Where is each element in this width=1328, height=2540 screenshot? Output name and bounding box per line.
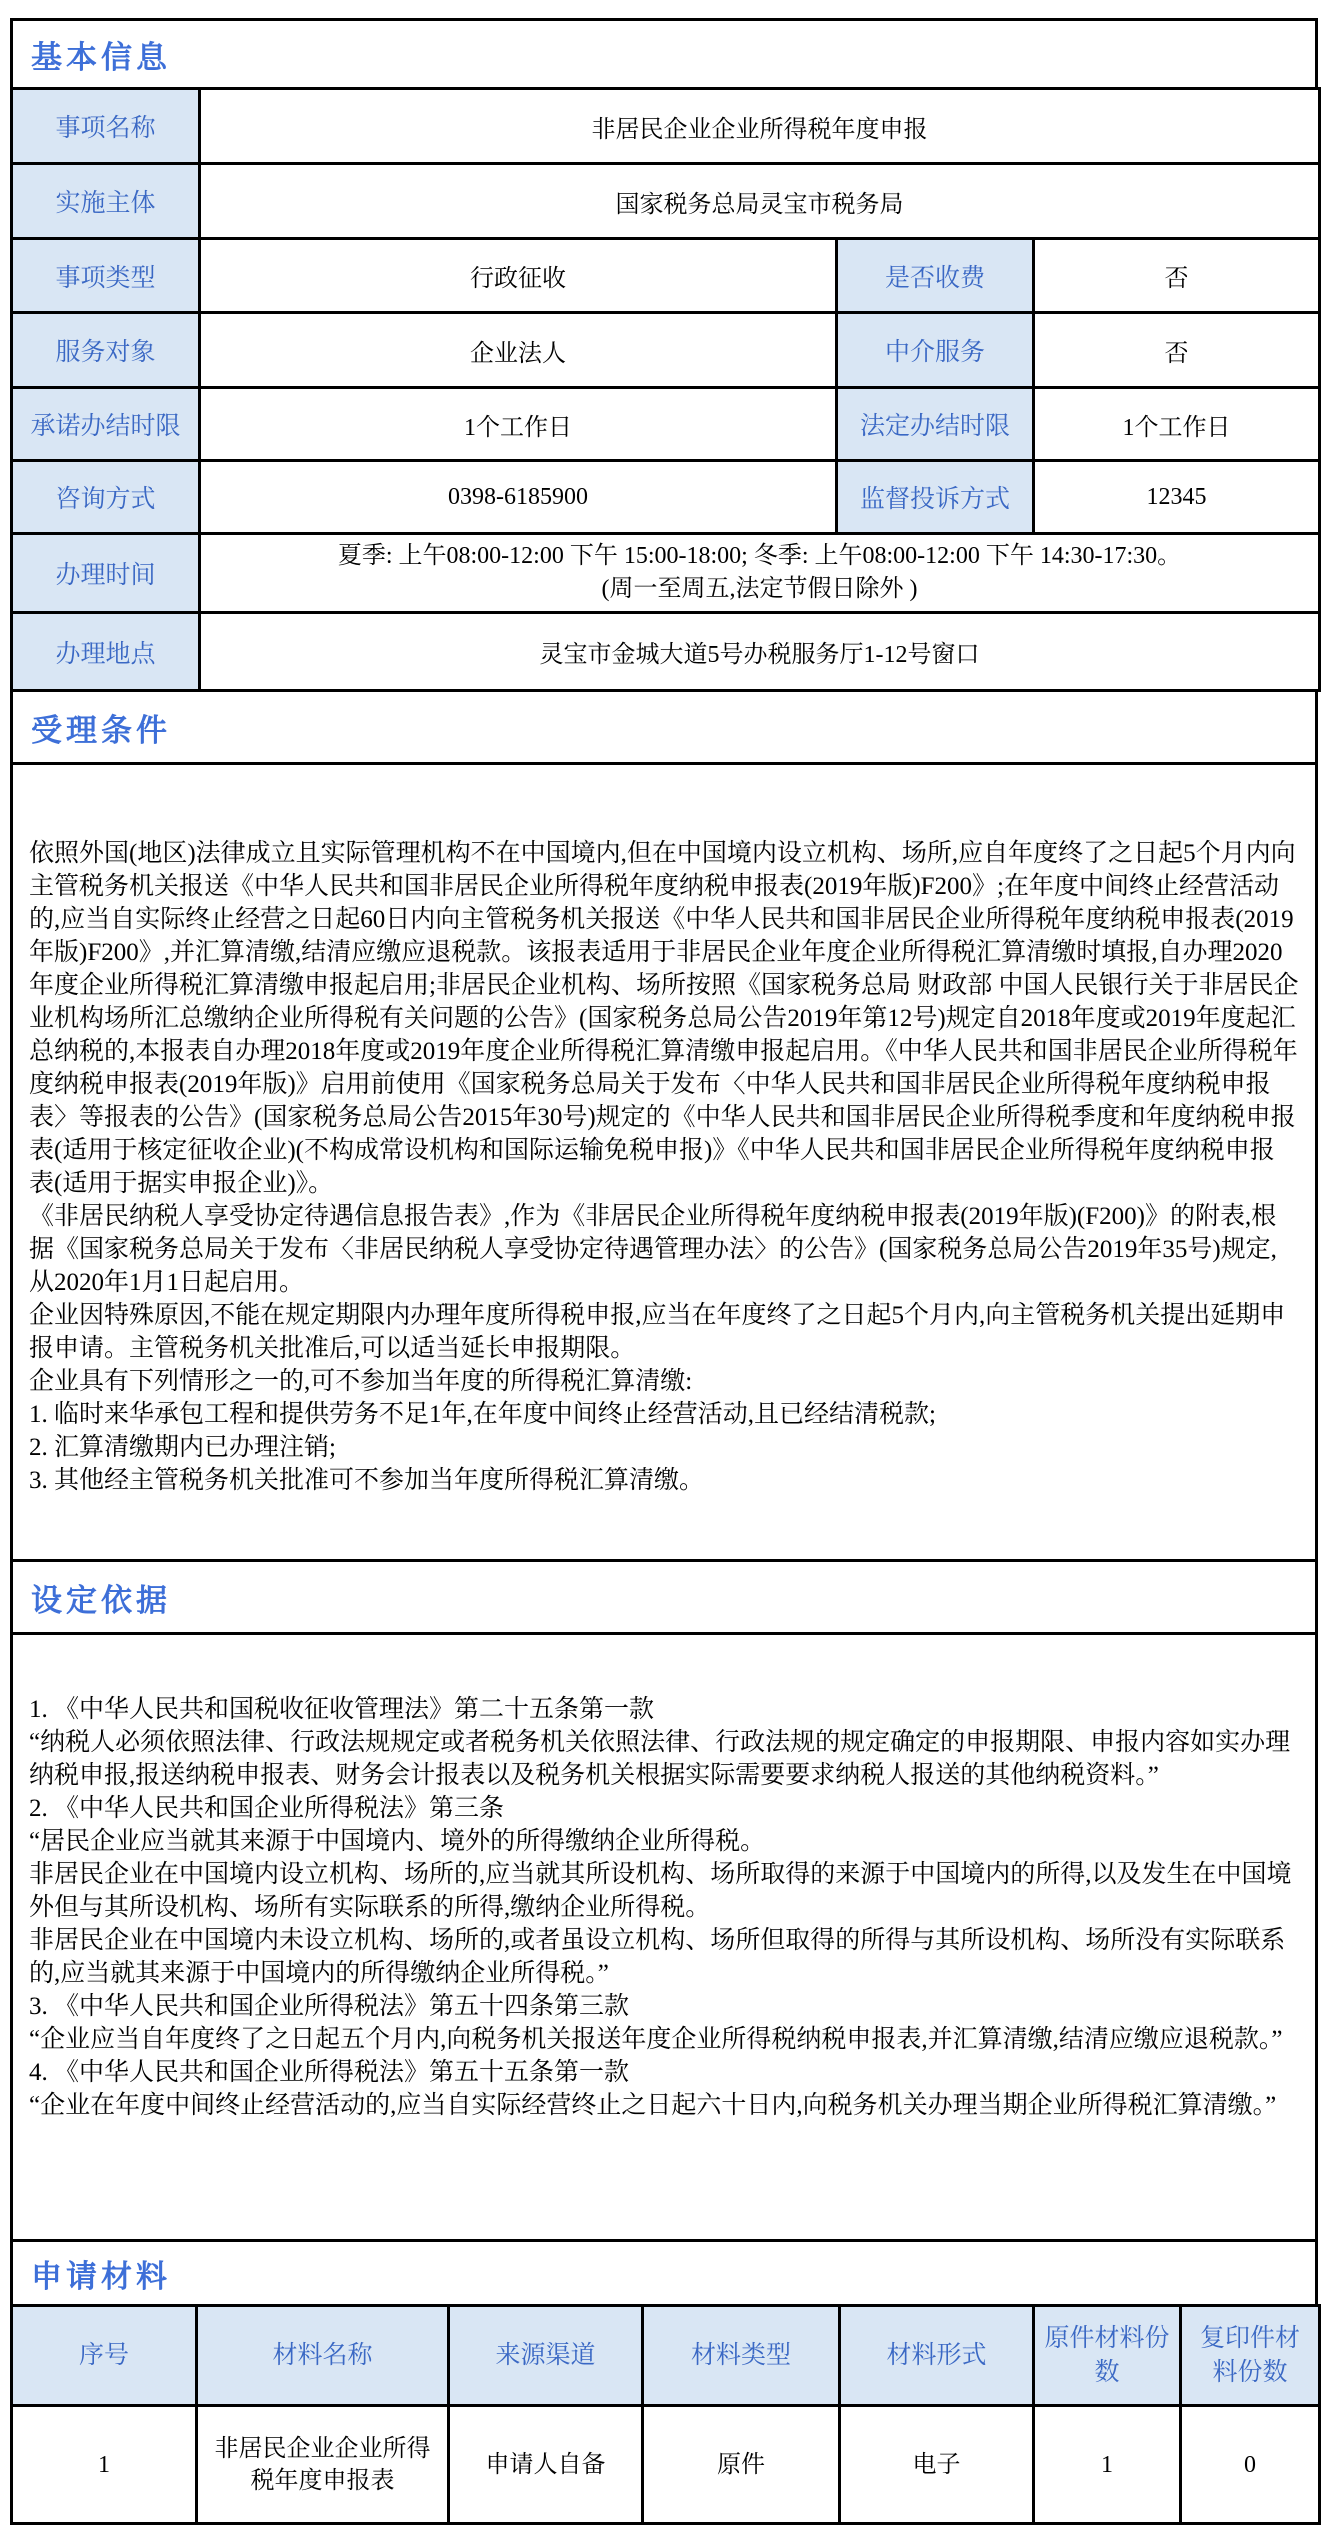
materials-data-row: 1 非居民企业企业所得税年度申报表 申请人自备 原件 电子 1 0 — [12, 2406, 1320, 2524]
field-label-office-location: 办理地点 — [12, 613, 200, 691]
column-header-material-type: 材料类型 — [643, 2306, 840, 2406]
field-value-office-hours: 夏季: 上午08:00-12:00 下午 15:00-18:00; 冬季: 上午… — [200, 534, 1320, 613]
field-label-complaint-channel: 监督投诉方式 — [837, 461, 1034, 534]
column-header-material-name: 材料名称 — [197, 2306, 449, 2406]
field-label-statutory-time-limit: 法定办结时限 — [837, 388, 1034, 461]
field-value-implementing-body: 国家税务总局灵宝市税务局 — [200, 164, 1320, 239]
field-label-fee-charged: 是否收费 — [837, 239, 1034, 313]
field-value-office-location: 灵宝市金城大道5号办税服务厅1-12号窗口 — [200, 613, 1320, 691]
legal-basis-text: 1. 《中华人民共和国税收征收管理法》第二十五条第一款 “纳税人必须依照法律、行… — [10, 1632, 1318, 2242]
table-row: 办理时间 夏季: 上午08:00-12:00 下午 15:00-18:00; 冬… — [12, 534, 1320, 613]
cell-original-copies: 1 — [1034, 2406, 1181, 2524]
field-label-implementing-body: 实施主体 — [12, 164, 200, 239]
cell-material-name: 非居民企业企业所得税年度申报表 — [197, 2406, 449, 2524]
column-header-serial-number: 序号 — [12, 2306, 197, 2406]
column-header-material-form: 材料形式 — [840, 2306, 1034, 2406]
table-row: 服务对象 企业法人 中介服务 否 — [12, 313, 1320, 388]
table-row: 咨询方式 0398-6185900 监督投诉方式 12345 — [12, 461, 1320, 534]
column-header-source-channel: 来源渠道 — [449, 2306, 643, 2406]
field-label-service-target: 服务对象 — [12, 313, 200, 388]
table-row: 事项类型 行政征收 是否收费 否 — [12, 239, 1320, 313]
application-materials-table: 序号 材料名称 来源渠道 材料类型 材料形式 原件材料份数 复印件材料份数 1 … — [10, 2304, 1321, 2525]
field-label-item-type: 事项类型 — [12, 239, 200, 313]
field-value-promised-time-limit: 1个工作日 — [200, 388, 837, 461]
acceptance-conditions-text: 依照外国(地区)法律成立且实际管理机构不在中国境内,但在中国境内设立机构、场所,… — [10, 762, 1318, 1562]
field-label-promised-time-limit: 承诺办结时限 — [12, 388, 200, 461]
field-value-consultation-phone: 0398-6185900 — [200, 461, 837, 534]
field-label-intermediary-service: 中介服务 — [837, 313, 1034, 388]
field-value-statutory-time-limit: 1个工作日 — [1034, 388, 1320, 461]
field-value-item-name: 非居民企业企业所得税年度申报 — [200, 89, 1320, 164]
materials-header-row: 序号 材料名称 来源渠道 材料类型 材料形式 原件材料份数 复印件材料份数 — [12, 2306, 1320, 2406]
basic-info-table: 事项名称 非居民企业企业所得税年度申报 实施主体 国家税务总局灵宝市税务局 事项… — [10, 87, 1321, 692]
column-header-original-copies: 原件材料份数 — [1034, 2306, 1181, 2406]
field-label-consultation-phone: 咨询方式 — [12, 461, 200, 534]
field-value-intermediary-service: 否 — [1034, 313, 1320, 388]
table-row: 事项名称 非居民企业企业所得税年度申报 — [12, 89, 1320, 164]
field-value-item-type: 行政征收 — [200, 239, 837, 313]
section-title-legal-basis: 设定依据 — [10, 1559, 1318, 1635]
field-value-service-target: 企业法人 — [200, 313, 837, 388]
section-title-basic-info: 基本信息 — [10, 18, 1318, 90]
cell-material-form: 电子 — [840, 2406, 1034, 2524]
table-row: 办理地点 灵宝市金城大道5号办税服务厅1-12号窗口 — [12, 613, 1320, 691]
table-row: 承诺办结时限 1个工作日 法定办结时限 1个工作日 — [12, 388, 1320, 461]
cell-material-type: 原件 — [643, 2406, 840, 2524]
service-info-sheet: 基本信息 事项名称 非居民企业企业所得税年度申报 实施主体 国家税务总局灵宝市税… — [10, 18, 1318, 2525]
field-value-fee-charged: 否 — [1034, 239, 1320, 313]
field-value-complaint-channel: 12345 — [1034, 461, 1320, 534]
section-title-acceptance-conditions: 受理条件 — [10, 689, 1318, 765]
table-row: 实施主体 国家税务总局灵宝市税务局 — [12, 164, 1320, 239]
column-header-photocopy-copies: 复印件材料份数 — [1181, 2306, 1320, 2406]
cell-source-channel: 申请人自备 — [449, 2406, 643, 2524]
field-label-item-name: 事项名称 — [12, 89, 200, 164]
cell-photocopy-copies: 0 — [1181, 2406, 1320, 2524]
field-label-office-hours: 办理时间 — [12, 534, 200, 613]
section-title-application-materials: 申请材料 — [10, 2239, 1318, 2307]
cell-serial-number: 1 — [12, 2406, 197, 2524]
